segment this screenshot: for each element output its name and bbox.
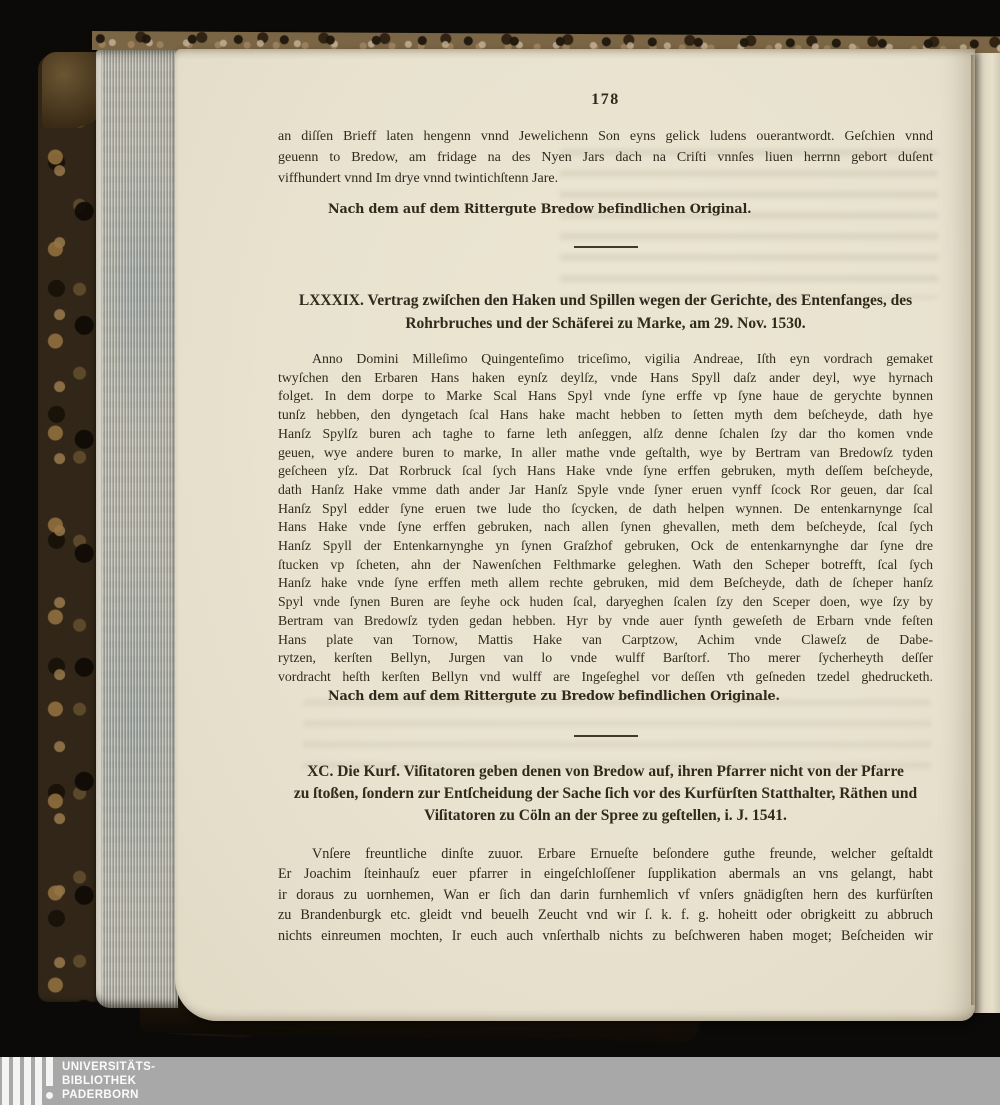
text-line: ir doraus zu uornhemen, Wan er ſich dan …: [278, 885, 933, 906]
text-line: rytzen, kerſten Bellyn, Jurgen van lo vn…: [278, 649, 933, 668]
section-xc-body: Vnſere freuntliche dinſte zuuor. Erbare …: [278, 844, 933, 947]
section-lxxxix-body: Anno Domini Milleſimo Quingenteſimo tric…: [278, 350, 933, 687]
photo-background: 178 an diſſen Brieff laten hengenn vnnd …: [0, 0, 1000, 1105]
heading-line: XC. Die Kurf. Viſitatoren geben denen vo…: [278, 761, 933, 783]
library-name-line: UNIVERSITÄTS-: [62, 1060, 155, 1074]
logo-bar: [24, 1057, 31, 1105]
heading-line: LXXXIX. Vertrag zwiſchen den Haken und S…: [278, 290, 933, 313]
heading-line: zu ſtoßen, ſondern zur Entſcheidung der …: [278, 783, 933, 805]
text-line: geſcheen yſz. Dat Rorbruck ſcal ſych Han…: [278, 462, 933, 481]
text-line: an diſſen Brieff laten hengenn vnnd Jewe…: [278, 126, 933, 147]
text-line: Vnſere freuntliche dinſte zuuor. Erbare …: [278, 844, 933, 865]
section-divider: [574, 735, 638, 737]
text-line: tunſz hebben, den dyngetach ſcal Hans ha…: [278, 406, 933, 425]
next-page-strip: [974, 53, 1000, 1013]
source-note: Nach dem auf dem Rittergute zu Bredow be…: [328, 689, 933, 705]
text-line: Hanſz hake vnde ſyne erffen meth allem r…: [278, 574, 933, 593]
page-stack-fore-edge: [96, 50, 178, 1008]
text-line: twyſchen den Erbaren Hans haken eynſz de…: [278, 369, 933, 388]
text-line: folget. In dem dorpe to Marke Scal Hans …: [278, 387, 933, 406]
logo-bar: [2, 1057, 9, 1105]
page-content: 178 an diſſen Brieff laten hengenn vnnd …: [175, 49, 975, 946]
logo-exclamation-dot: [46, 1092, 53, 1099]
source-note: Nach dem auf dem Rittergute Bredow befin…: [328, 202, 933, 218]
text-line: Hans plate van Tornow, Mattis Hake van C…: [278, 631, 933, 650]
text-line: nichts einreumen mochten, Ir euch auch v…: [278, 926, 933, 947]
section-heading-xc: XC. Die Kurf. Viſitatoren geben denen vo…: [278, 761, 933, 827]
text-line: Er Joachim ſteinhauſz euer pfarrer in ei…: [278, 864, 933, 885]
footer-band: UNIVERSITÄTS-BIBLIOTHEKPADERBORN: [0, 1057, 1000, 1105]
section-divider: [574, 246, 638, 248]
logo-exclamation-bar: [46, 1057, 53, 1086]
book-cover-marbled-edge: [38, 54, 100, 1002]
scanned-book-page: 178 an diſſen Brieff laten hengenn vnnd …: [175, 49, 975, 1021]
text-line: Hanſz Spylſz buren ach taghe to farne le…: [278, 425, 933, 444]
text-line: viffhundert vnnd Im drye vnnd twintichſt…: [278, 168, 933, 189]
text-line: Hanſz Spyl edder ſyne eruen twe lude tho…: [278, 500, 933, 519]
text-line: Anno Domini Milleſimo Quingenteſimo tric…: [278, 350, 933, 369]
text-line: Hans Hake vnde ſyne erffen gebruken, nac…: [278, 518, 933, 537]
library-name-line: PADERBORN: [62, 1088, 155, 1102]
text-line: Spyl vnde ſynen Buren are ſeyhe ock hude…: [278, 593, 933, 612]
text-line: dath Hanſz Hake vmme dath ander Jar Hanſ…: [278, 481, 933, 500]
page-number: 178: [278, 91, 933, 109]
text-line: vordracht heſth kerſten Bellyn vnd wulff…: [278, 668, 933, 687]
text-line: geuen, wye andere buren to marke, In all…: [278, 444, 933, 463]
intro-paragraph: an diſſen Brieff laten hengenn vnnd Jewe…: [278, 126, 933, 189]
text-line: zu Brandenburgk etc. gleidt vnd beuelh Z…: [278, 905, 933, 926]
text-line: geuenn to Bredow, am fridage na des Nyen…: [278, 147, 933, 168]
heading-line: Viſitatoren zu Cöln an der Spree zu geſt…: [278, 805, 933, 827]
logo-bar: [35, 1057, 42, 1105]
library-name: UNIVERSITÄTS-BIBLIOTHEKPADERBORN: [62, 1060, 155, 1102]
logo-bar: [13, 1057, 20, 1105]
text-line: Hanſz Spyll der Entenkarnynghe yn ſynen …: [278, 537, 933, 556]
text-line: Bertram van Bredowſz tyden gedan hebben.…: [278, 612, 933, 631]
heading-line: Rohrbruches und der Schäferei zu Marke, …: [278, 313, 933, 336]
section-heading-lxxxix: LXXXIX. Vertrag zwiſchen den Haken und S…: [278, 290, 933, 335]
text-line: ſtucken vp ſcheten, ahn der Nawenſchen F…: [278, 556, 933, 575]
library-name-line: BIBLIOTHEK: [62, 1074, 155, 1088]
